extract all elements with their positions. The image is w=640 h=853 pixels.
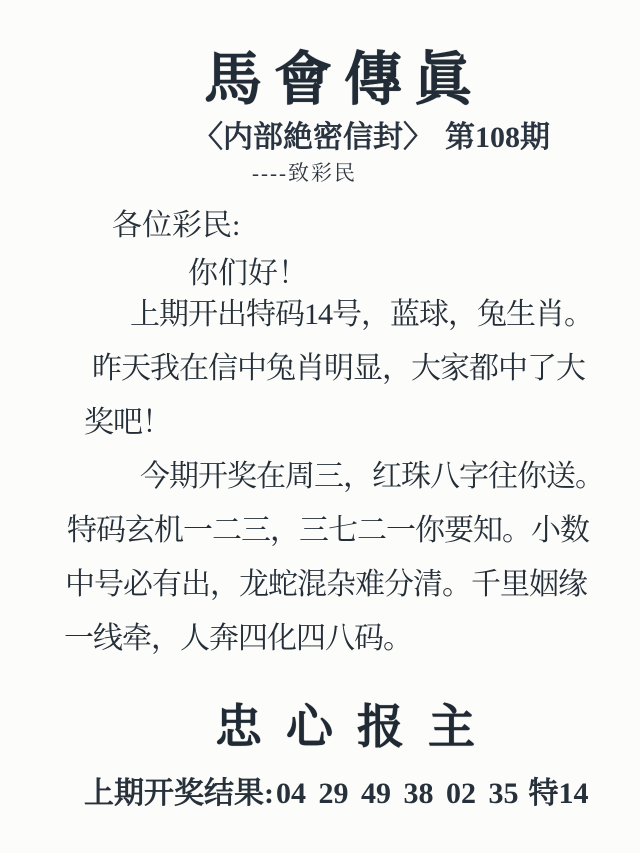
result-label: 上期开奖结果: <box>84 777 274 810</box>
greeting: 你们好！ <box>188 248 308 292</box>
dedication-line: ----致彩民 <box>252 157 357 187</box>
body-line: 中号必有出，龙蛇混杂难分清。千里姻缘 <box>64 558 604 612</box>
document-title: 馬會傳眞 <box>204 32 484 116</box>
body-line: 奖吧！ <box>64 396 604 450</box>
salutation: 各位彩民: <box>112 200 240 244</box>
body-line: 一线牵，人奔四化四八码。 <box>64 612 604 666</box>
signoff: 忠心报主 <box>215 690 499 757</box>
body-line: 上期开出特码14号，蓝球，兔生肖。 <box>64 288 604 342</box>
body-line: 特码玄机一二三，三七二一你要知。小数 <box>64 504 604 558</box>
body-line: 昨天我在信中兔肖明显，大家都中了大 <box>64 342 604 396</box>
result-numbers: 04 29 49 38 02 35 <box>276 777 519 810</box>
subtitle-envelope-label: 〈内部絶密信封〉 <box>193 121 433 154</box>
previous-draw-result: 上期开奖结果:04 29 49 38 02 35特14 <box>84 768 589 812</box>
document-subtitle: 〈内部絶密信封〉第108期 <box>193 112 550 156</box>
result-special-number: 特14 <box>529 777 589 810</box>
body-line: 今期开奖在周三，红珠八字往你送。 <box>64 450 604 504</box>
fax-document-page: 馬會傳眞 〈内部絶密信封〉第108期 ----致彩民 各位彩民: 你们好！ 上期… <box>0 0 640 853</box>
issue-number: 第108期 <box>445 121 550 154</box>
letter-body: 上期开出特码14号，蓝球，兔生肖。 昨天我在信中兔肖明显，大家都中了大 奖吧！ … <box>64 288 604 666</box>
